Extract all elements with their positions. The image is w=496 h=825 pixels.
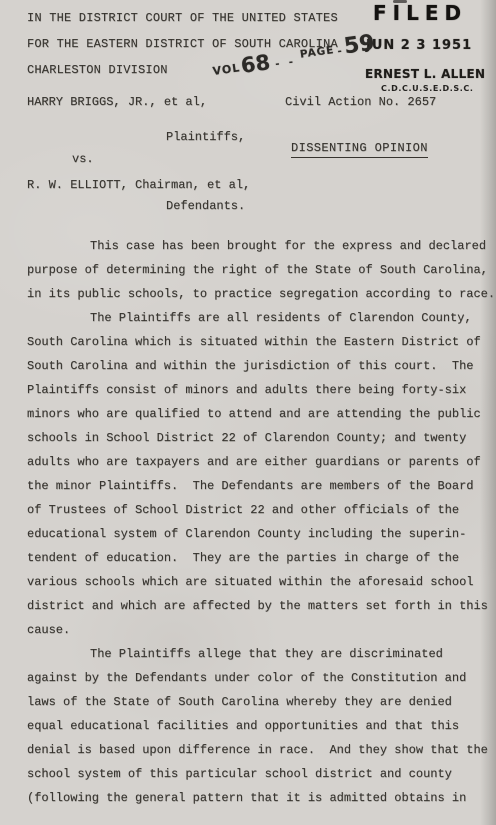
body-line: district and which are affected by the m… [27,594,495,618]
body-paragraph: This case has been brought for the expre… [27,234,495,306]
plaintiff-name: HARRY BRIGGS, JR., et al, [27,95,207,109]
body-line: various schools which are situated withi… [27,570,495,594]
body-line: educational system of Clarendon County i… [27,522,495,546]
body-line: minors who are qualified to attend and a… [27,402,495,426]
vol-dashes: - - [275,56,297,70]
body-line: the minor Plaintiffs. The Defendants are… [27,474,495,498]
body-line: The Plaintiffs allege that they are disc… [27,642,495,666]
vol-number: 68 [240,53,272,76]
versus-label: vs. [72,152,94,166]
body-line: of Trustees of School District 22 and ot… [27,498,495,522]
page-number: 59 [343,33,377,61]
filed-stamp-label: FILED [373,1,467,25]
body-line: tendent of education. They are the parti… [27,546,495,570]
scan-edge-shadow [480,0,496,825]
body-line: denial is based upon difference in race.… [27,738,495,762]
body-line: equal educational facilities and opportu… [27,714,495,738]
body-line: South Carolina which is situated within … [27,330,495,354]
body-line: The Plaintiffs are all residents of Clar… [27,306,495,330]
plaintiffs-label: Plaintiffs, [166,130,245,144]
body-line: in its public schools, to practice segre… [27,282,495,306]
defendants-label: Defendants. [166,199,245,213]
body-line: South Carolina and within the jurisdicti… [27,354,495,378]
clerk-title-stamp: C.D.C.U.S.E.D.S.C. [381,84,474,93]
body-line: purpose of determining the right of the … [27,258,495,282]
opinion-body: This case has been brought for the expre… [27,234,495,810]
body-line: schools in School District 22 of Clarend… [27,426,495,450]
document-page: IN THE DISTRICT COURT OF THE UNITED STAT… [0,0,496,825]
page-dash: - [337,46,343,57]
body-paragraph: The Plaintiffs allege that they are disc… [27,642,495,810]
body-line: laws of the State of South Carolina wher… [27,690,495,714]
clerk-name-stamp: ERNEST L. ALLEN [365,67,485,81]
court-header-line-1: IN THE DISTRICT COURT OF THE UNITED STAT… [27,5,338,31]
body-line: (following the general pattern that it i… [27,786,495,810]
body-line: adults who are taxpayers and are either … [27,450,495,474]
defendant-name: R. W. ELLIOTT, Chairman, et al, [27,178,250,192]
body-line: cause. [27,618,495,642]
body-line: school system of this particular school … [27,762,495,786]
case-number: Civil Action No. 2657 [285,95,436,109]
body-line: against by the Defendants under color of… [27,666,495,690]
body-paragraph: The Plaintiffs are all residents of Clar… [27,306,495,642]
body-line: Plaintiffs consist of minors and adults … [27,378,495,402]
body-line: This case has been brought for the expre… [27,234,495,258]
filed-stamp-date: JUN 2 3 1951 [366,38,472,53]
document-title: DISSENTING OPINION [291,141,428,158]
